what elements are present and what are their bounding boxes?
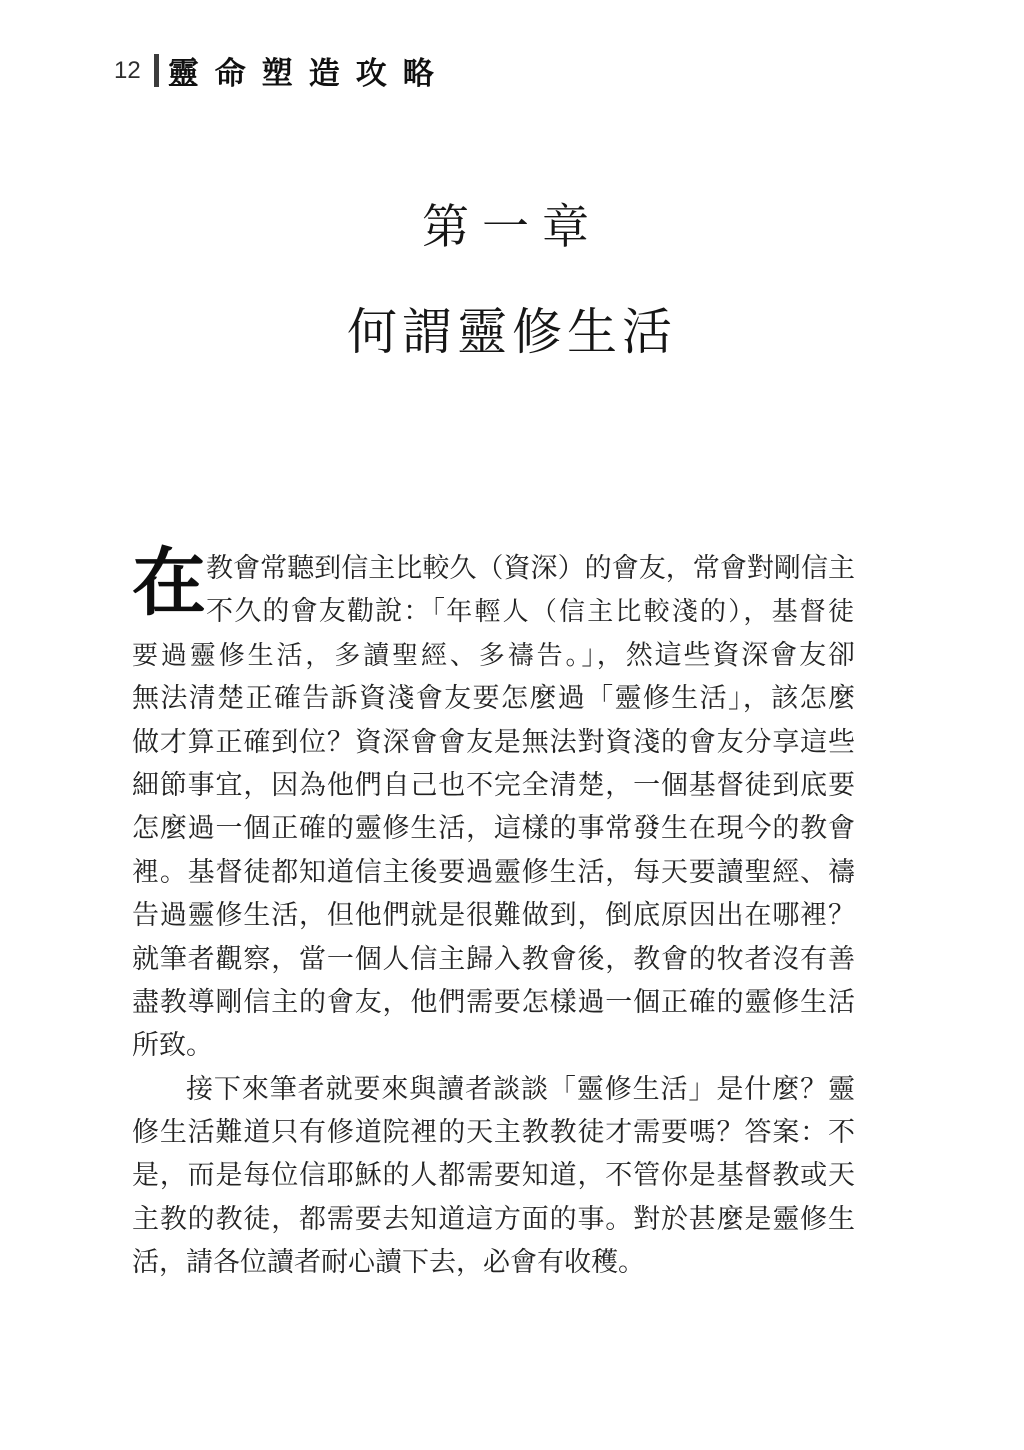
chapter-number: 第一章	[0, 190, 1024, 257]
body-lines: 教會常聽到信主比較久（資深）的會友，常會對剛信主不久的會友勸說：「年輕人（信主比…	[132, 547, 855, 1285]
body-ming-text: 裡。基督徒都知道信主後要過靈修生活，每天要讀聖經、禱	[132, 857, 855, 887]
body-ming-text: 盡教導剛信主的會友，他們需要怎樣過一個正確的靈修生活	[132, 987, 855, 1017]
body-line-16: 主教的教徒，都需要去知道這方面的事。對於甚麼是靈修生	[132, 1198, 855, 1241]
body-ming-text: 接下來筆者就要來與讀者談談「靈修生活」是什麼？靈	[186, 1074, 855, 1104]
body-ming-text: 」，然這些資深會友卻	[581, 640, 855, 670]
body-line-1: 教會常聽到信主比較久（資深）的會友，常會對剛信主	[206, 547, 855, 590]
body-line-14: 修生活難道只有修道院裡的天主教教徒才需要嗎？答案：不	[132, 1111, 855, 1154]
body-line-10: 就筆者觀察，當一個人信主歸入教會後，教會的牧者沒有善	[132, 938, 855, 981]
body-ming-text: 教會常聽到信主比較久（資深）的會友，常會對剛信主	[206, 553, 855, 583]
body-line-17: 活，請各位讀者耐心讀下去，必會有收穫。	[132, 1241, 855, 1284]
body-ming-text: 不久的會友勸說：「	[206, 596, 446, 626]
book-title: 靈命塑造攻略	[168, 48, 450, 93]
body-ming-text: 所致。	[132, 1030, 213, 1060]
body-ming-text: 修生活難道只有修道院裡的天主教教徒才需要嗎？答案：不	[132, 1117, 855, 1147]
body-line-5: 做才算正確到位？資深會會友是無法對資淺的會友分享這些	[132, 721, 855, 764]
body-line-8: 裡。基督徒都知道信主後要過靈修生活，每天要讀聖經、禱	[132, 851, 855, 894]
body-ming-text: 怎麼過一個正確的靈修生活，這樣的事常發生在現今的教會	[132, 813, 855, 843]
body-line-15: 是，而是每位信耶穌的人都需要知道，不管你是基督教或天	[132, 1154, 855, 1197]
body-line-13: 接下來筆者就要來與讀者談談「靈修生活」是什麼？靈	[132, 1068, 855, 1111]
body-line-6: 細節事宜，因為他們自己也不完全清楚，一個基督徒到底要	[132, 764, 855, 807]
body-ming-text: 無法清楚正確告訴資淺會友要怎麼過「靈修生活」，該怎麼	[132, 683, 855, 713]
body-line-4: 無法清楚正確告訴資淺會友要怎麼過「靈修生活」，該怎麼	[132, 677, 855, 720]
header-divider-bar	[154, 54, 159, 87]
body-ming-text: 做才算正確到位？資深會會友是無法對資淺的會友分享這些	[132, 727, 855, 757]
page-header: 12 靈命塑造攻略	[114, 48, 450, 93]
body-line-9: 告過靈修生活，但他們就是很難做到，倒底原因出在哪裡？	[132, 894, 855, 937]
body-ming-text: 細節事宜，因為他們自己也不完全清楚，一個基督徒到底要	[132, 770, 855, 800]
page-number: 12	[114, 57, 141, 85]
body-line-2: 不久的會友勸說：「年輕人（信主比較淺的），基督徒	[206, 590, 855, 633]
body-line-3: 要過靈修生活，多讀聖經、多禱告。」，然這些資深會友卻	[132, 634, 855, 677]
body-line-11: 盡教導剛信主的會友，他們需要怎樣過一個正確的靈修生活	[132, 981, 855, 1024]
body-line-7: 怎麼過一個正確的靈修生活，這樣的事常發生在現今的教會	[132, 807, 855, 850]
body-text: 在 教會常聽到信主比較久（資深）的會友，常會對剛信主不久的會友勸說：「年輕人（信…	[132, 547, 855, 1285]
body-ming-text: 主教的教徒，都需要去知道這方面的事。對於甚麼是靈修生	[132, 1204, 855, 1234]
quote-kai-text: 要過靈修生活，多讀聖經、多禱告。	[132, 641, 581, 671]
body-line-12: 所致。	[132, 1024, 855, 1067]
chapter-title: 何謂靈修生活	[0, 292, 1024, 364]
body-ming-text: 就筆者觀察，當一個人信主歸入教會後，教會的牧者沒有善	[132, 944, 855, 974]
body-ming-text: 是，而是每位信耶穌的人都需要知道，不管你是基督教或天	[132, 1160, 855, 1190]
body-ming-text: 活，請各位讀者耐心讀下去，必會有收穫。	[132, 1247, 645, 1277]
drop-cap: 在	[132, 551, 206, 617]
body-ming-text: 告過靈修生活，但他們就是很難做到，倒底原因出在哪裡？	[132, 900, 855, 930]
quote-kai-text: 年輕人（信主比較淺的），基督徒	[446, 597, 855, 627]
book-page: 12 靈命塑造攻略 第一章 何謂靈修生活 在 教會常聽到信主比較久（資深）的會友…	[0, 0, 1024, 1450]
